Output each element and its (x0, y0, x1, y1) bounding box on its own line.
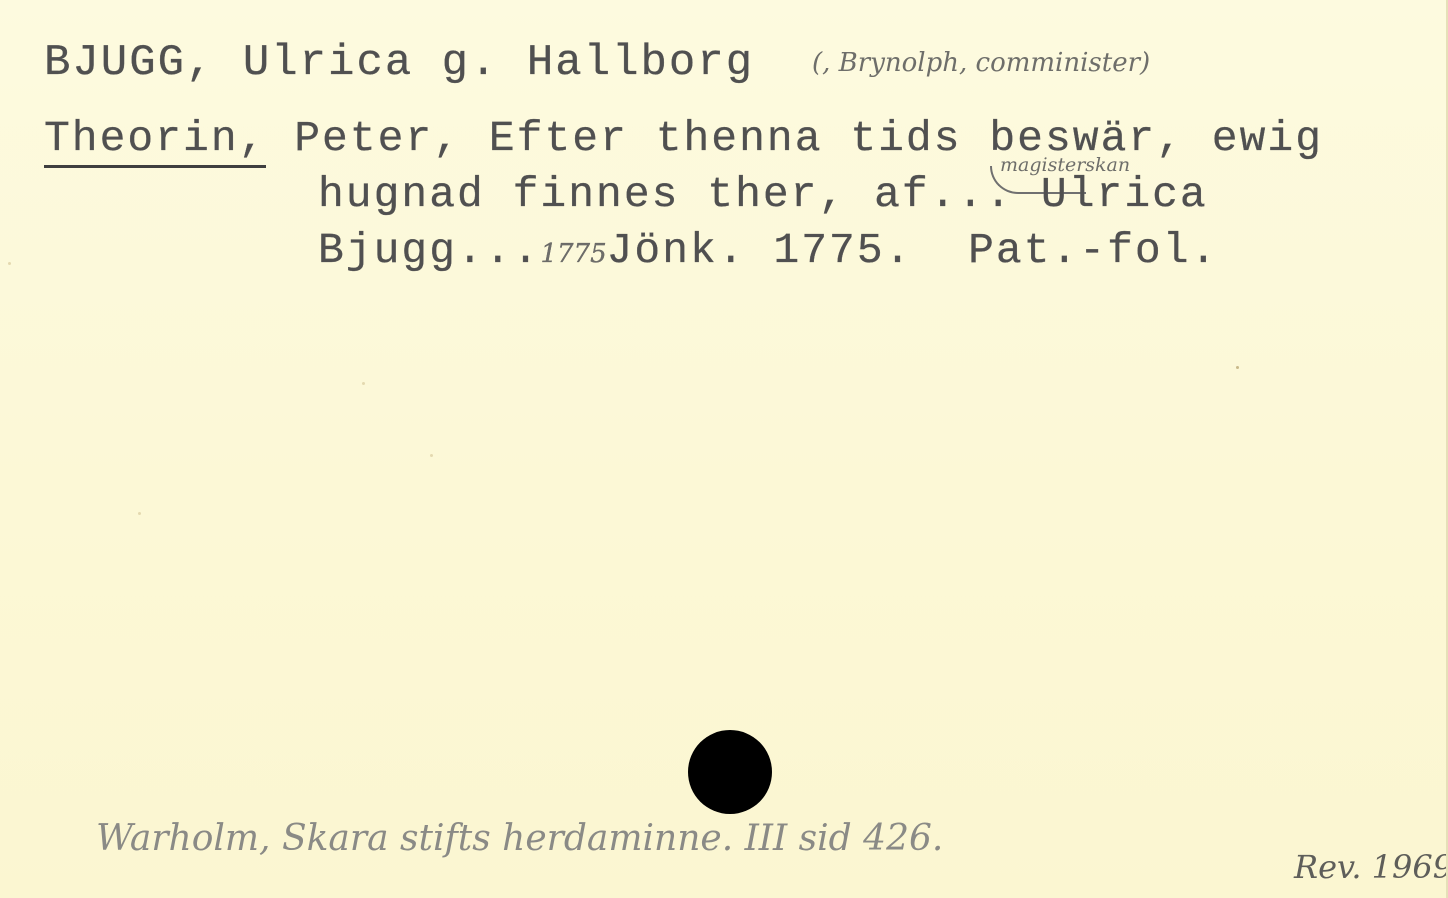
heading-given-name: Ulrica g. Hallborg (243, 38, 754, 88)
entry-line-1: Theorin, Peter, Efter thenna tids beswär… (44, 114, 1323, 163)
paper-speck (362, 382, 365, 385)
card-heading: BJUGG, Ulrica g. Hallborg (44, 38, 754, 88)
paper-speck (1236, 366, 1239, 369)
entry-line-3: Bjugg...1775Jönk. 1775. Pat.-fol. (318, 226, 1218, 275)
heading-handwritten-note: (, Brynolph, comminister) (812, 48, 1150, 78)
entry-line-2: hugnad finnes ther, af... Ulrica (318, 170, 1208, 219)
footer-revision: Rev. 1969 (1294, 848, 1448, 886)
paper-speck (430, 454, 433, 457)
entry-line-3-imprint: Jönk. 1775. Pat.-fol. (607, 226, 1219, 275)
entry-handwritten-year: 1775 (540, 239, 606, 269)
heading-surname: BJUGG, (44, 38, 214, 88)
index-card: BJUGG, Ulrica g. Hallborg (, Brynolph, c… (0, 0, 1448, 898)
punch-hole (688, 730, 772, 814)
footer-reference: Warholm, Skara stifts herdaminne. III si… (96, 818, 943, 859)
entry-title-part-1: Peter, Efter thenna tids beswär, ewig (266, 114, 1323, 163)
entry-line-3-name: Bjugg... (318, 226, 540, 275)
entry-author: Theorin, (44, 114, 266, 168)
paper-speck (8, 262, 11, 265)
paper-speck (138, 512, 141, 515)
